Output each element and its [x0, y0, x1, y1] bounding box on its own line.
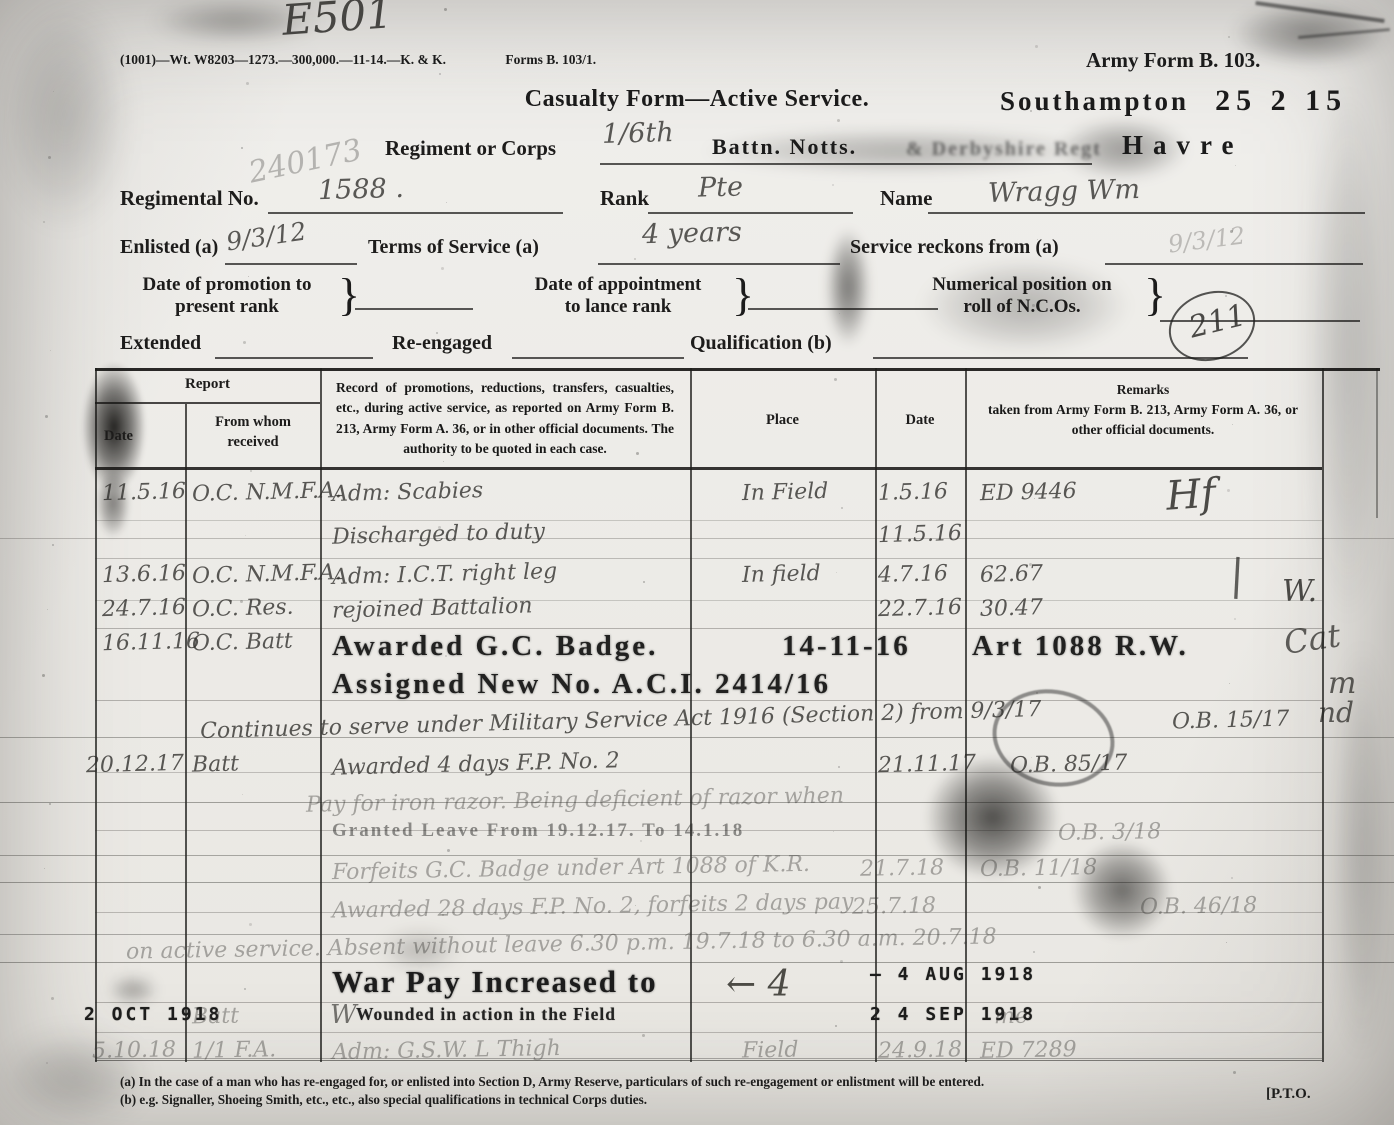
casualty-form-document: E501 (1001)—Wt. W8203—1273.—300,000.—11-…: [0, 0, 1394, 1125]
speck: [1235, 165, 1236, 166]
row-15-from: Batt: [192, 1004, 239, 1030]
enlisted-label: Enlisted (a): [120, 236, 218, 259]
speck: [634, 258, 636, 260]
row-rule: [0, 538, 1394, 539]
speck: [1228, 36, 1230, 38]
speck: [834, 378, 837, 381]
regimental-no-value: 1588 .: [318, 173, 405, 206]
speck: [246, 82, 249, 85]
row-5-remarks: Art 1088 R.W.: [972, 630, 1189, 663]
brace-promotion: }: [338, 268, 360, 321]
row-1-remarks: ED 9446: [980, 479, 1077, 507]
forms-code: Forms B. 103/1.: [505, 52, 596, 67]
row-16-place: Field: [742, 1038, 799, 1064]
speck: [1231, 877, 1233, 879]
speck: [840, 960, 843, 963]
southampton-stamp-date: 25 2 15: [1215, 84, 1347, 117]
form-blank-line: [598, 263, 840, 265]
speck: [642, 1034, 645, 1037]
speck: [244, 988, 246, 990]
speck: [643, 581, 645, 583]
table-bottom-border: [95, 1060, 1322, 1061]
speck: [49, 803, 51, 805]
name-value: Wragg Wm: [988, 174, 1141, 209]
row-14-place: ← 4: [726, 964, 791, 1005]
speck: [245, 535, 246, 536]
print-code: (1001)—Wt. W8203—1273.—300,000.—11-14.—K…: [120, 52, 446, 67]
speck: [46, 1062, 48, 1064]
speck: [446, 202, 447, 203]
print-code-line: (1001)—Wt. W8203—1273.—300,000.—11-14.—K…: [120, 52, 596, 68]
margin-pen-mark: Hf: [1164, 470, 1217, 519]
speck: [439, 73, 441, 75]
havre-stamp: Havre: [1122, 130, 1243, 161]
row-3-record: Adm: I.C.T. right leg: [332, 559, 558, 590]
speck: [52, 544, 54, 546]
ink-smudge: [108, 975, 158, 1005]
speck: [250, 470, 252, 472]
row-1-date2: 1.5.16: [878, 479, 949, 506]
regimental-no-label: Regimental No.: [120, 186, 259, 211]
speck: [241, 147, 243, 149]
speck: [47, 609, 48, 610]
row-2-date2: 11.5.16: [878, 521, 963, 548]
reengaged-label: Re-engaged: [392, 332, 492, 355]
form-blank-line: [225, 263, 357, 265]
row-11-remarks: O.B. 11/18: [980, 855, 1098, 882]
table-header-place: Place: [690, 412, 875, 429]
service-reckons-label: Service reckons from (a): [850, 236, 1059, 259]
row-rule: [95, 520, 1322, 521]
speck: [1036, 692, 1038, 694]
row-5-record: Awarded G.C. Badge.: [332, 630, 658, 663]
pto-label: [P.T.O.: [1266, 1086, 1311, 1103]
rank-value: Pte: [698, 171, 744, 203]
speck: [1035, 45, 1038, 48]
row-8-remarks: O.B. 85/17: [1010, 750, 1128, 778]
ncos-circle-value: 211: [1186, 298, 1250, 346]
table-header-border: [95, 467, 1322, 470]
table-header-from-whom: From whom received: [188, 412, 318, 453]
regiment-label: Regiment or Corps: [385, 136, 556, 161]
row-rule: [95, 1058, 1322, 1059]
speck: [1229, 683, 1230, 684]
speck: [839, 313, 840, 314]
row-8-date: 20.12.17: [86, 751, 185, 779]
ink-smudge: [1305, 85, 1391, 625]
row-5-from: O.C. Batt: [192, 629, 293, 657]
margin-pen-mark: Cat: [1282, 616, 1343, 661]
terms-of-service-value: 4 years: [642, 217, 743, 251]
speck: [242, 794, 243, 795]
row-5-date: 16.11.16: [102, 629, 201, 657]
row-3-place: In field: [742, 561, 821, 588]
ink-smudge: [0, 0, 130, 230]
form-blank-line: [355, 308, 473, 310]
footnote-b: (b) e.g. Signaller, Shoeing Smith, etc.,…: [120, 1092, 647, 1108]
rank-label: Rank: [600, 186, 649, 211]
row-3-from: O.C. N.M.F.A.: [192, 560, 342, 589]
row-14-date2: – 4 AUG 1918: [870, 964, 1036, 985]
form-blank-line: [928, 212, 1365, 214]
table-header-remarks-title: Remarks: [988, 382, 1298, 398]
row-rule: [0, 882, 1394, 883]
row-4-date: 24.7.16: [102, 595, 187, 622]
row-14-record: War Pay Increased to: [332, 964, 658, 1000]
numerical-position-label: Numerical position on roll of N.C.Os.: [902, 274, 1142, 318]
row-2-record: Discharged to duty: [332, 519, 545, 550]
row-rule: [95, 1032, 1322, 1033]
regiment-stamp-2: & Derbyshire Regt: [906, 138, 1102, 161]
speck: [838, 766, 840, 768]
row-1-from: O.C. N.M.F.A.: [192, 478, 342, 507]
row-15-record: Wounded in action in the Field: [356, 1004, 616, 1025]
row-rule: [95, 772, 1322, 773]
row-13-record: on active service. Absent without leave …: [126, 924, 997, 964]
speck: [50, 350, 51, 351]
speck: [45, 415, 48, 418]
speck: [249, 923, 252, 926]
table-header-remarks-body: taken from Army Form B. 213, Army Form A…: [988, 400, 1298, 441]
margin-pen-mark: W.: [1282, 574, 1317, 609]
speck: [1233, 1071, 1236, 1074]
speck: [44, 868, 45, 869]
speck: [444, 8, 447, 11]
speck: [1038, 886, 1041, 889]
row-3-date: 13.6.16: [102, 561, 187, 588]
regiment-stamp-1: Battn. Notts.: [712, 134, 857, 160]
row-4-record: rejoined Battalion: [332, 593, 533, 623]
promotion-label: Date of promotion to present rank: [118, 274, 336, 318]
regiment-value-handwritten: 1/6th: [602, 117, 674, 150]
row-rule: [95, 558, 1322, 559]
margin-pen-mark: |: [1229, 550, 1246, 600]
row-11-record: Forfeits G.C. Badge under Art 1088 of K.…: [332, 852, 810, 885]
row-8-from: Batt: [192, 751, 240, 777]
form-blank-line: [648, 212, 853, 214]
row-4-date2: 22.7.16: [878, 595, 963, 622]
margin-pen-mark: W: [330, 1000, 357, 1030]
row-12-remarks: O.B. 46/18: [1140, 893, 1258, 920]
speck: [243, 341, 246, 344]
row-16-date: 5.10.18: [92, 1037, 176, 1063]
table-header-date2: Date: [875, 412, 965, 429]
speck: [835, 1025, 837, 1027]
row-12-record: Awarded 28 days F.P. No. 2, forfeits 2 d…: [332, 889, 854, 923]
row-16-record: Adm: G.S.W. L Thigh: [332, 1036, 561, 1065]
row-15-remarks: me: [994, 1004, 1028, 1030]
form-blank-line: [215, 357, 373, 359]
row-16-from: 1/1 F.A.: [192, 1037, 277, 1063]
appointment-label: Date of appointment to lance rank: [506, 274, 730, 318]
speck: [447, 849, 450, 852]
speck: [833, 831, 834, 832]
qualification-label: Qualification (b): [690, 332, 832, 355]
row-5-place: 14-11-16: [782, 630, 911, 663]
row-3-remarks: 62.67: [980, 561, 1044, 588]
row-16-date2: 24.9.18: [878, 1037, 962, 1063]
form-blank-line: [512, 357, 684, 359]
speck: [837, 119, 840, 122]
row-10-record: Granted Leave From 19.12.17. To 14.1.18: [332, 820, 744, 842]
margin-pen-mark: nd: [1318, 696, 1354, 729]
row-12-date2: 25.7.18: [852, 893, 936, 919]
speck: [42, 674, 45, 677]
southampton-stamp-text: Southampton: [1000, 86, 1189, 116]
row-4-remarks: 30.47: [980, 595, 1044, 622]
enlisted-value: 9/3/12: [224, 217, 308, 257]
speck: [43, 221, 45, 223]
row-rule: [95, 1002, 1322, 1003]
row-1-date: 11.5.16: [102, 479, 187, 506]
row-10-remarks: O.B. 3/18: [1058, 819, 1162, 846]
service-reckons-value: 9/3/12: [1167, 221, 1247, 258]
row-1-record: Adm: Scabies: [332, 478, 484, 507]
extended-label: Extended: [120, 332, 201, 355]
table-top-border: [95, 368, 1380, 371]
speck: [1033, 951, 1035, 953]
row-6-record: Assigned New No. A.C.I. 2414/16: [332, 668, 831, 701]
southampton-stamp: Southampton 25 2 15: [1000, 84, 1347, 118]
brace-numerical: }: [1144, 268, 1166, 321]
handwritten-reference: E501: [280, 0, 394, 45]
row-7-remarks: O.B. 15/17: [1172, 706, 1290, 734]
speck: [836, 572, 837, 573]
row-1-place: In Field: [742, 479, 829, 506]
footnote-a: (a) In the case of a man who has re-enga…: [120, 1074, 984, 1090]
row-11-date2: 21.7.18: [860, 855, 944, 881]
brace-appointment: }: [732, 268, 754, 321]
speck: [1227, 489, 1230, 492]
speck: [443, 461, 444, 462]
speck: [441, 267, 444, 270]
row-8-record: Awarded 4 days F.P. No. 2: [332, 748, 620, 781]
terms-of-service-label: Terms of Service (a): [368, 236, 539, 259]
table-header-record: Record of promotions, reductions, transf…: [336, 378, 674, 459]
name-label: Name: [880, 186, 932, 211]
row-9-record: Pay for iron razor. Being deficient of r…: [306, 783, 844, 817]
table-header-date: Date: [104, 428, 133, 445]
form-blank-line: [268, 212, 563, 214]
speck: [1226, 942, 1227, 943]
row-16-remarks: ED 7289: [980, 1037, 1077, 1064]
row-8-date2: 21.11.17: [878, 751, 977, 779]
speck: [51, 997, 54, 1000]
speck: [48, 156, 51, 159]
speck: [1234, 618, 1236, 620]
row-3-date2: 4.7.16: [878, 561, 949, 588]
speck: [841, 507, 843, 509]
speck: [832, 184, 834, 186]
army-form-number: Army Form B. 103.: [1086, 48, 1260, 73]
table-header-report: Report: [95, 376, 320, 393]
row-4-from: O.C. Res.: [192, 595, 294, 623]
